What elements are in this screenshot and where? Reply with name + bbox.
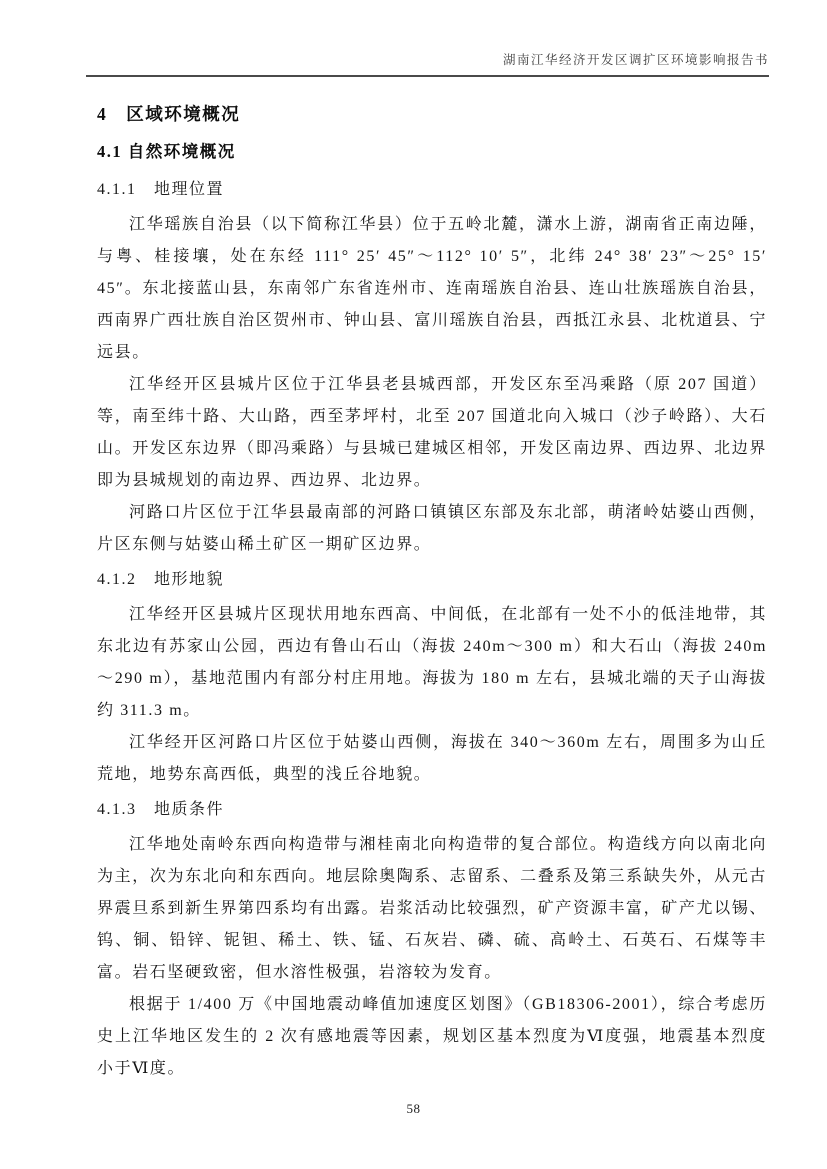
paragraph-landform-1: 江华经开区县城片区现状用地东西高、中间低，在北部有一处不小的低洼地带，其东北边有… xyxy=(97,599,767,727)
page-footer: 58 xyxy=(0,1101,827,1117)
paragraph-geography-3: 河路口片区位于江华县最南部的河路口镇镇区东部及东北部，萌渚岭姑婆山西侧，片区东侧… xyxy=(97,497,767,561)
subsection-heading-4-1-1: 4.1.1 地理位置 xyxy=(97,171,767,209)
paragraph-geography-1: 江华瑶族自治县（以下简称江华县）位于五岭北麓，潇水上游，湖南省正南边陲，与粤、桂… xyxy=(97,209,767,369)
page-number: 58 xyxy=(407,1101,421,1116)
document-body: 4 区域环境概况 4.1 自然环境概况 4.1.1 地理位置 江华瑶族自治县（以… xyxy=(97,95,767,1085)
subsection-heading-4-1-2: 4.1.2 地形地貌 xyxy=(97,561,767,599)
document-page: 湖南江华经济开发区调扩区环境影响报告书 4 区域环境概况 4.1 自然环境概况 … xyxy=(0,0,827,1169)
paragraph-landform-2: 江华经开区河路口片区位于姑婆山西侧，海拔在 340～360m 左右，周围多为山丘… xyxy=(97,727,767,791)
paragraph-geology-2: 根据于 1/400 万《中国地震动峰值加速度区划图》（GB18306-2001）… xyxy=(97,989,767,1085)
paragraph-geography-2: 江华经开区县城片区位于江华县老县城西部，开发区东至冯乘路（原 207 国道）等，… xyxy=(97,369,767,497)
paragraph-geology-1: 江华地处南岭东西向构造带与湘桂南北向构造带的复合部位。构造线方向以南北向为主，次… xyxy=(97,829,767,989)
running-title: 湖南江华经济开发区调扩区环境影响报告书 xyxy=(503,53,769,67)
subsection-heading-4-1-3: 4.1.3 地质条件 xyxy=(97,791,767,829)
chapter-heading: 4 区域环境概况 xyxy=(97,95,767,133)
section-heading: 4.1 自然环境概况 xyxy=(97,133,767,171)
page-header: 湖南江华经济开发区调扩区环境影响报告书 xyxy=(86,50,769,77)
